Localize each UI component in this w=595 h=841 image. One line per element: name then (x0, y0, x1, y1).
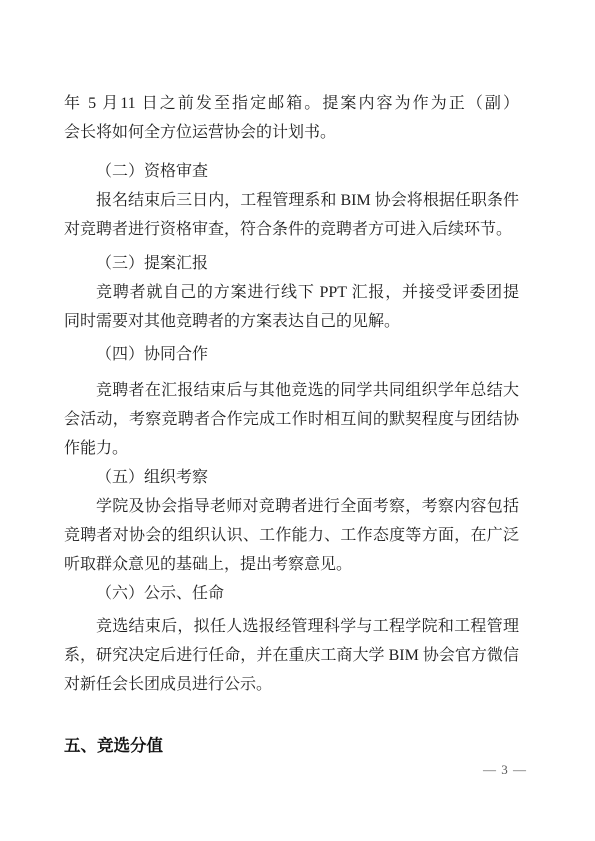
text-line: 竞选结束后，拟任人选报经管理科学与工程学院和工程管理 (64, 612, 519, 641)
text-line: （二）资格审查 (64, 157, 519, 186)
paragraph: 年 5 月11 日之前发至指定邮箱。提案内容为作为正（副）会长将如何全方位运营协… (64, 89, 519, 147)
section-heading: （五）组织考察 (64, 463, 519, 492)
text-line: （四）协同合作 (64, 340, 519, 369)
text-line: （三）提案汇报 (64, 249, 519, 278)
text-line: 系，研究决定后进行任命，并在重庆工商大学 BIM 协会官方微信 (64, 641, 519, 670)
text-line: （六）公示、任命 (64, 579, 519, 608)
text-line: 同时需要对其他竞聘者的方案表达自己的见解。 (64, 307, 519, 336)
section-title-competition-score: 五、竞选分值 (64, 732, 519, 761)
text-line: 作能力。 (64, 434, 519, 463)
section-heading: （六）公示、任命 (64, 579, 519, 608)
text-line: 学院及协会指导老师对竞聘者进行全面考察，考察内容包括 (64, 492, 519, 521)
paragraph: 学院及协会指导老师对竞聘者进行全面考察，考察内容包括竞聘者对协会的组织认识、工作… (64, 492, 519, 579)
document-body: 年 5 月11 日之前发至指定邮箱。提案内容为作为正（副）会长将如何全方位运营协… (64, 89, 519, 699)
paragraph: 竞聘者就自己的方案进行线下 PPT 汇报，并接受评委团提问，同时需要对其他竞聘者… (64, 278, 519, 336)
section-heading: （三）提案汇报 (64, 249, 519, 278)
text-line: 对竞聘者进行资格审查，符合条件的竞聘者方可进入后续环节。 (64, 215, 519, 244)
text-line: 年 5 月11 日之前发至指定邮箱。提案内容为作为正（副） (64, 89, 519, 118)
text-line: 会长将如何全方位运营协会的计划书。 (64, 118, 519, 147)
document-page: 年 5 月11 日之前发至指定邮箱。提案内容为作为正（副）会长将如何全方位运营协… (0, 0, 595, 841)
text-line: （五）组织考察 (64, 463, 519, 492)
page-number: — 3 — (483, 762, 527, 778)
paragraph: 报名结束后三日内，工程管理系和 BIM 协会将根据任职条件对竞聘者进行资格审查，… (64, 186, 519, 244)
text-line: 竞聘者在汇报结束后与其他竞选的同学共同组织学年总结大 (64, 376, 519, 405)
paragraph: 竞选结束后，拟任人选报经管理科学与工程学院和工程管理系，研究决定后进行任命，并在… (64, 612, 519, 699)
text-line: 报名结束后三日内，工程管理系和 BIM 协会将根据任职条件 (64, 186, 519, 215)
text-line: 对新任会长团成员进行公示。 (64, 670, 519, 699)
section-heading: （二）资格审查 (64, 157, 519, 186)
text-line: 竞聘者就自己的方案进行线下 PPT 汇报，并接受评委团提问， (64, 278, 519, 307)
text-line: 会活动，考察竞聘者合作完成工作时相互间的默契程度与团结协 (64, 405, 519, 434)
text-line: 听取群众意见的基础上，提出考察意见。 (64, 550, 519, 579)
paragraph: 竞聘者在汇报结束后与其他竞选的同学共同组织学年总结大会活动，考察竞聘者合作完成工… (64, 376, 519, 463)
text-line: 竞聘者对协会的组织认识、工作能力、工作态度等方面，在广泛 (64, 521, 519, 550)
section-heading: （四）协同合作 (64, 340, 519, 369)
document-content: 年 5 月11 日之前发至指定邮箱。提案内容为作为正（副）会长将如何全方位运营协… (64, 89, 519, 761)
